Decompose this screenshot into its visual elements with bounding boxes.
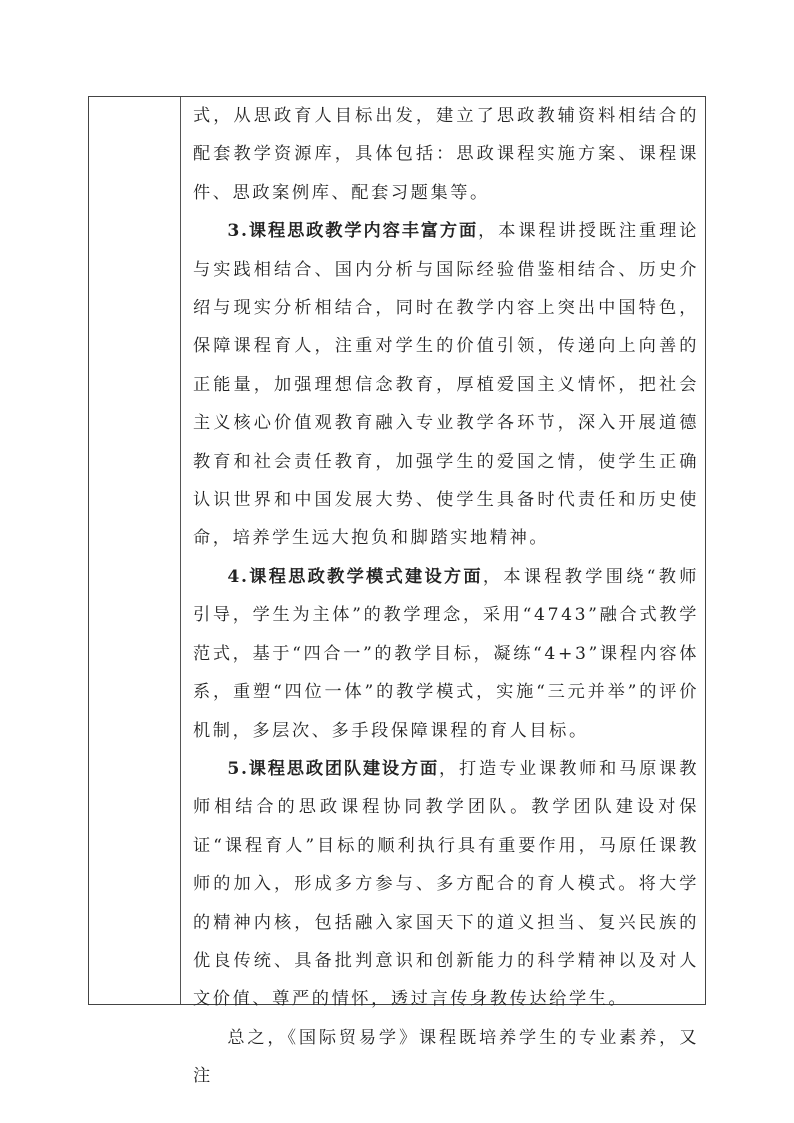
paragraph-heading: 3.课程思政教学内容丰富方面 bbox=[227, 221, 478, 241]
paragraph-heading: 5.课程思政团队建设方面 bbox=[227, 759, 439, 779]
paragraph-summary: 总之，《国际贸易学》课程既培养学生的专业素养，又注 bbox=[193, 1019, 699, 1096]
paragraph-teaching-content: 3.课程思政教学内容丰富方面，本课程讲授既注重理论与实践相结合、国内分析与国际经… bbox=[193, 212, 699, 558]
paragraph-text: 总之，《国际贸易学》课程既培养学生的专业素养，又注 bbox=[193, 1028, 699, 1086]
paragraph-heading: 4.课程思政教学模式建设方面 bbox=[227, 567, 483, 587]
table-content-cell: 式，从思政育人目标出发，建立了思政教辅资料相结合的配套教学资源库，具体包括：思政… bbox=[193, 97, 699, 1096]
paragraph-text: 式，从思政育人目标出发，建立了思政教辅资料相结合的配套教学资源库，具体包括：思政… bbox=[193, 106, 699, 203]
paragraph-text: ，本课程教学围绕“教师引导，学生为主体”的教学理念，采用“4743”融合式教学范… bbox=[193, 567, 699, 741]
paragraph-text: ，本课程讲授既注重理论与实践相结合、国内分析与国际经验借鉴相结合、历史介绍与现实… bbox=[193, 221, 699, 548]
paragraph-text: ，打造专业课教师和马原课教师相结合的思政课程协同教学团队。教学团队建设对保证“课… bbox=[193, 759, 699, 1009]
table-label-column bbox=[89, 97, 181, 1004]
paragraph-team-building: 5.课程思政团队建设方面，打造专业课教师和马原课教师相结合的思政课程协同教学团队… bbox=[193, 750, 699, 1019]
paragraph-resource-library: 式，从思政育人目标出发，建立了思政教辅资料相结合的配套教学资源库，具体包括：思政… bbox=[193, 97, 699, 212]
document-table: 式，从思政育人目标出发，建立了思政教辅资料相结合的配套教学资源库，具体包括：思政… bbox=[88, 96, 706, 1005]
paragraph-teaching-mode: 4.课程思政教学模式建设方面，本课程教学围绕“教师引导，学生为主体”的教学理念，… bbox=[193, 558, 699, 750]
